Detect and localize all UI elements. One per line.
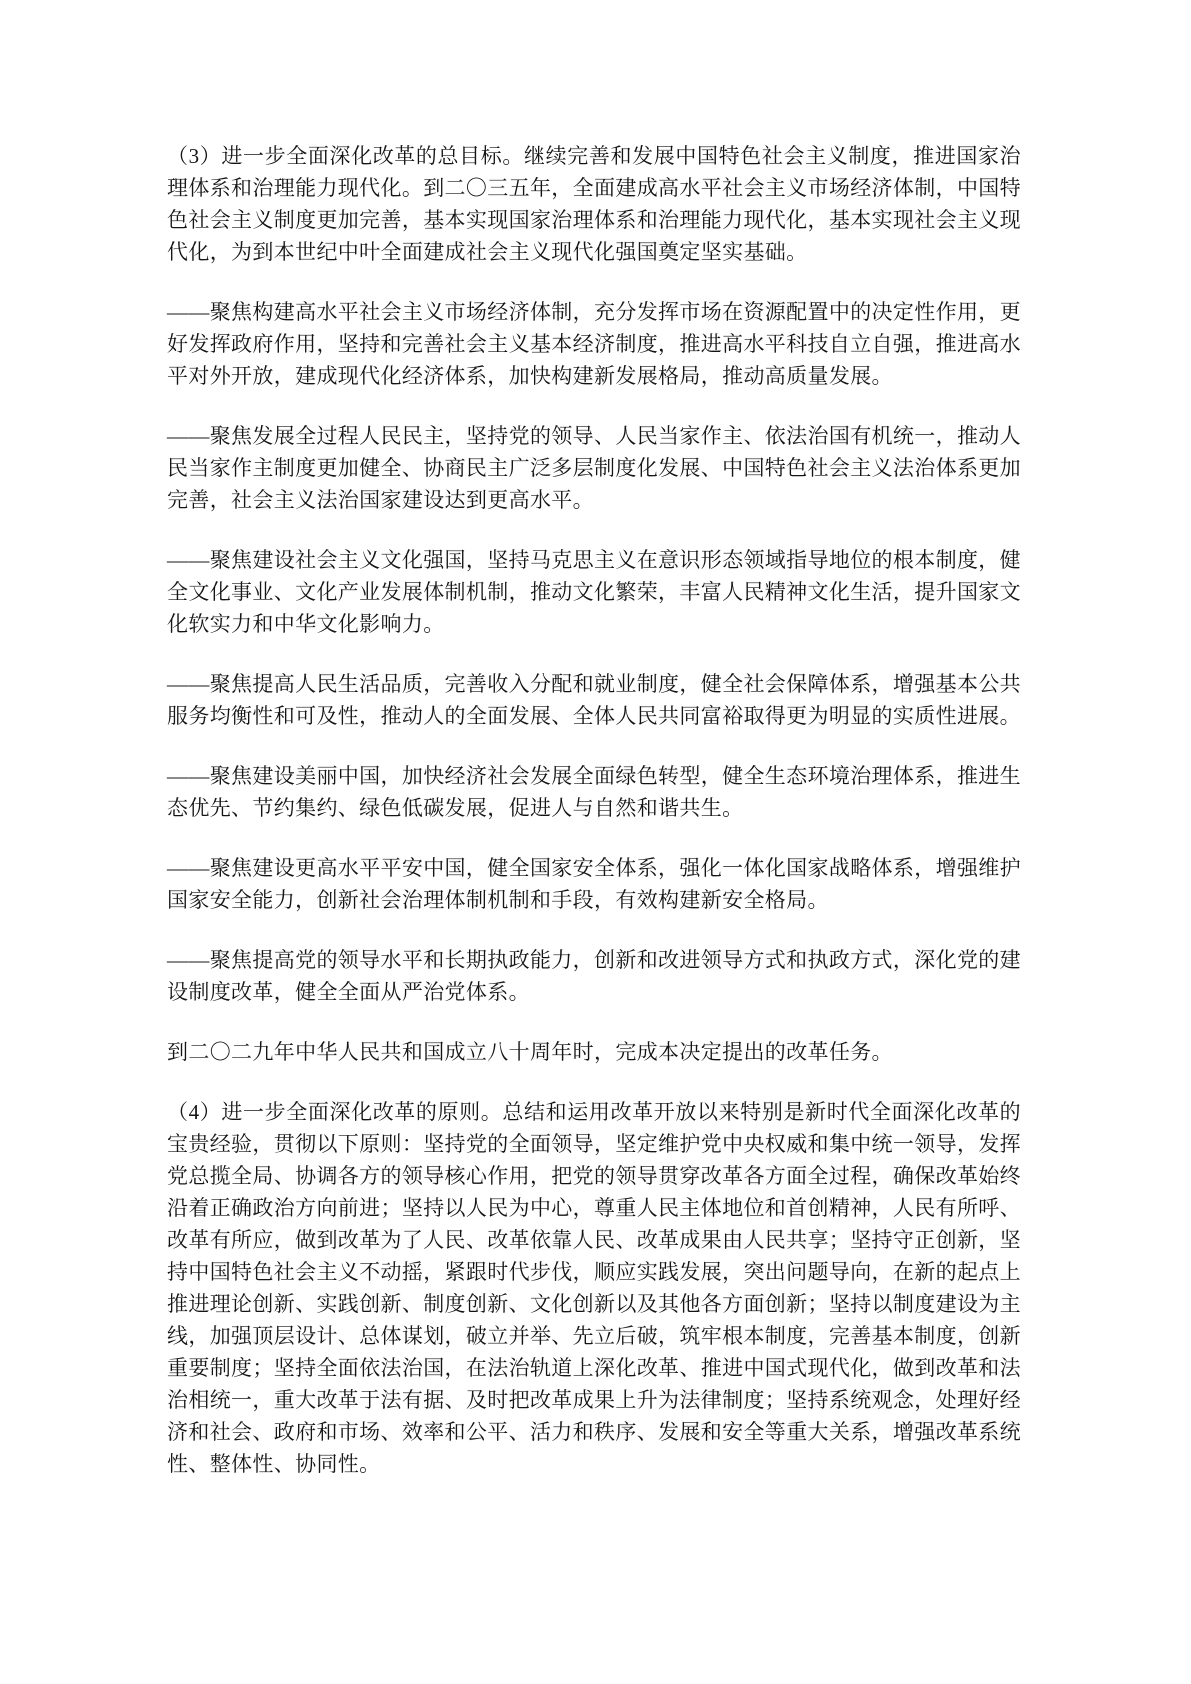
paragraph-focus-whole-process-democracy: ——聚焦发展全过程人民民主，坚持党的领导、人民当家作主、依法治国有机统一，推动人… — [167, 420, 1021, 516]
document-body: （3）进一步全面深化改革的总目标。继续完善和发展中国特色社会主义制度，推进国家治… — [167, 140, 1021, 1480]
paragraph-focus-beautiful-china: ——聚焦建设美丽中国，加快经济社会发展全面绿色转型，健全生态环境治理体系，推进生… — [167, 760, 1021, 824]
paragraph-focus-quality-of-life: ——聚焦提高人民生活品质，完善收入分配和就业制度，健全社会保障体系，增强基本公共… — [167, 668, 1021, 732]
paragraph-2029-target: 到二〇二九年中华人民共和国成立八十周年时，完成本决定提出的改革任务。 — [167, 1036, 1021, 1068]
paragraph-focus-market-economy: ——聚焦构建高水平社会主义市场经济体制，充分发挥市场在资源配置中的决定性作用，更… — [167, 296, 1021, 392]
paragraph-focus-peaceful-china: ——聚焦建设更高水平平安中国，健全国家安全体系，强化一体化国家战略体系，增强维护… — [167, 852, 1021, 916]
document-page: （3）进一步全面深化改革的总目标。继续完善和发展中国特色社会主义制度，推进国家治… — [0, 0, 1191, 1684]
paragraph-clause-3-overall-goal: （3）进一步全面深化改革的总目标。继续完善和发展中国特色社会主义制度，推进国家治… — [167, 140, 1021, 268]
paragraph-focus-party-leadership: ——聚焦提高党的领导水平和长期执政能力，创新和改进领导方式和执政方式，深化党的建… — [167, 944, 1021, 1008]
paragraph-focus-cultural-power: ——聚焦建设社会主义文化强国，坚持马克思主义在意识形态领域指导地位的根本制度，健… — [167, 544, 1021, 640]
paragraph-clause-4-principles: （4）进一步全面深化改革的原则。总结和运用改革开放以来特别是新时代全面深化改革的… — [167, 1096, 1021, 1480]
